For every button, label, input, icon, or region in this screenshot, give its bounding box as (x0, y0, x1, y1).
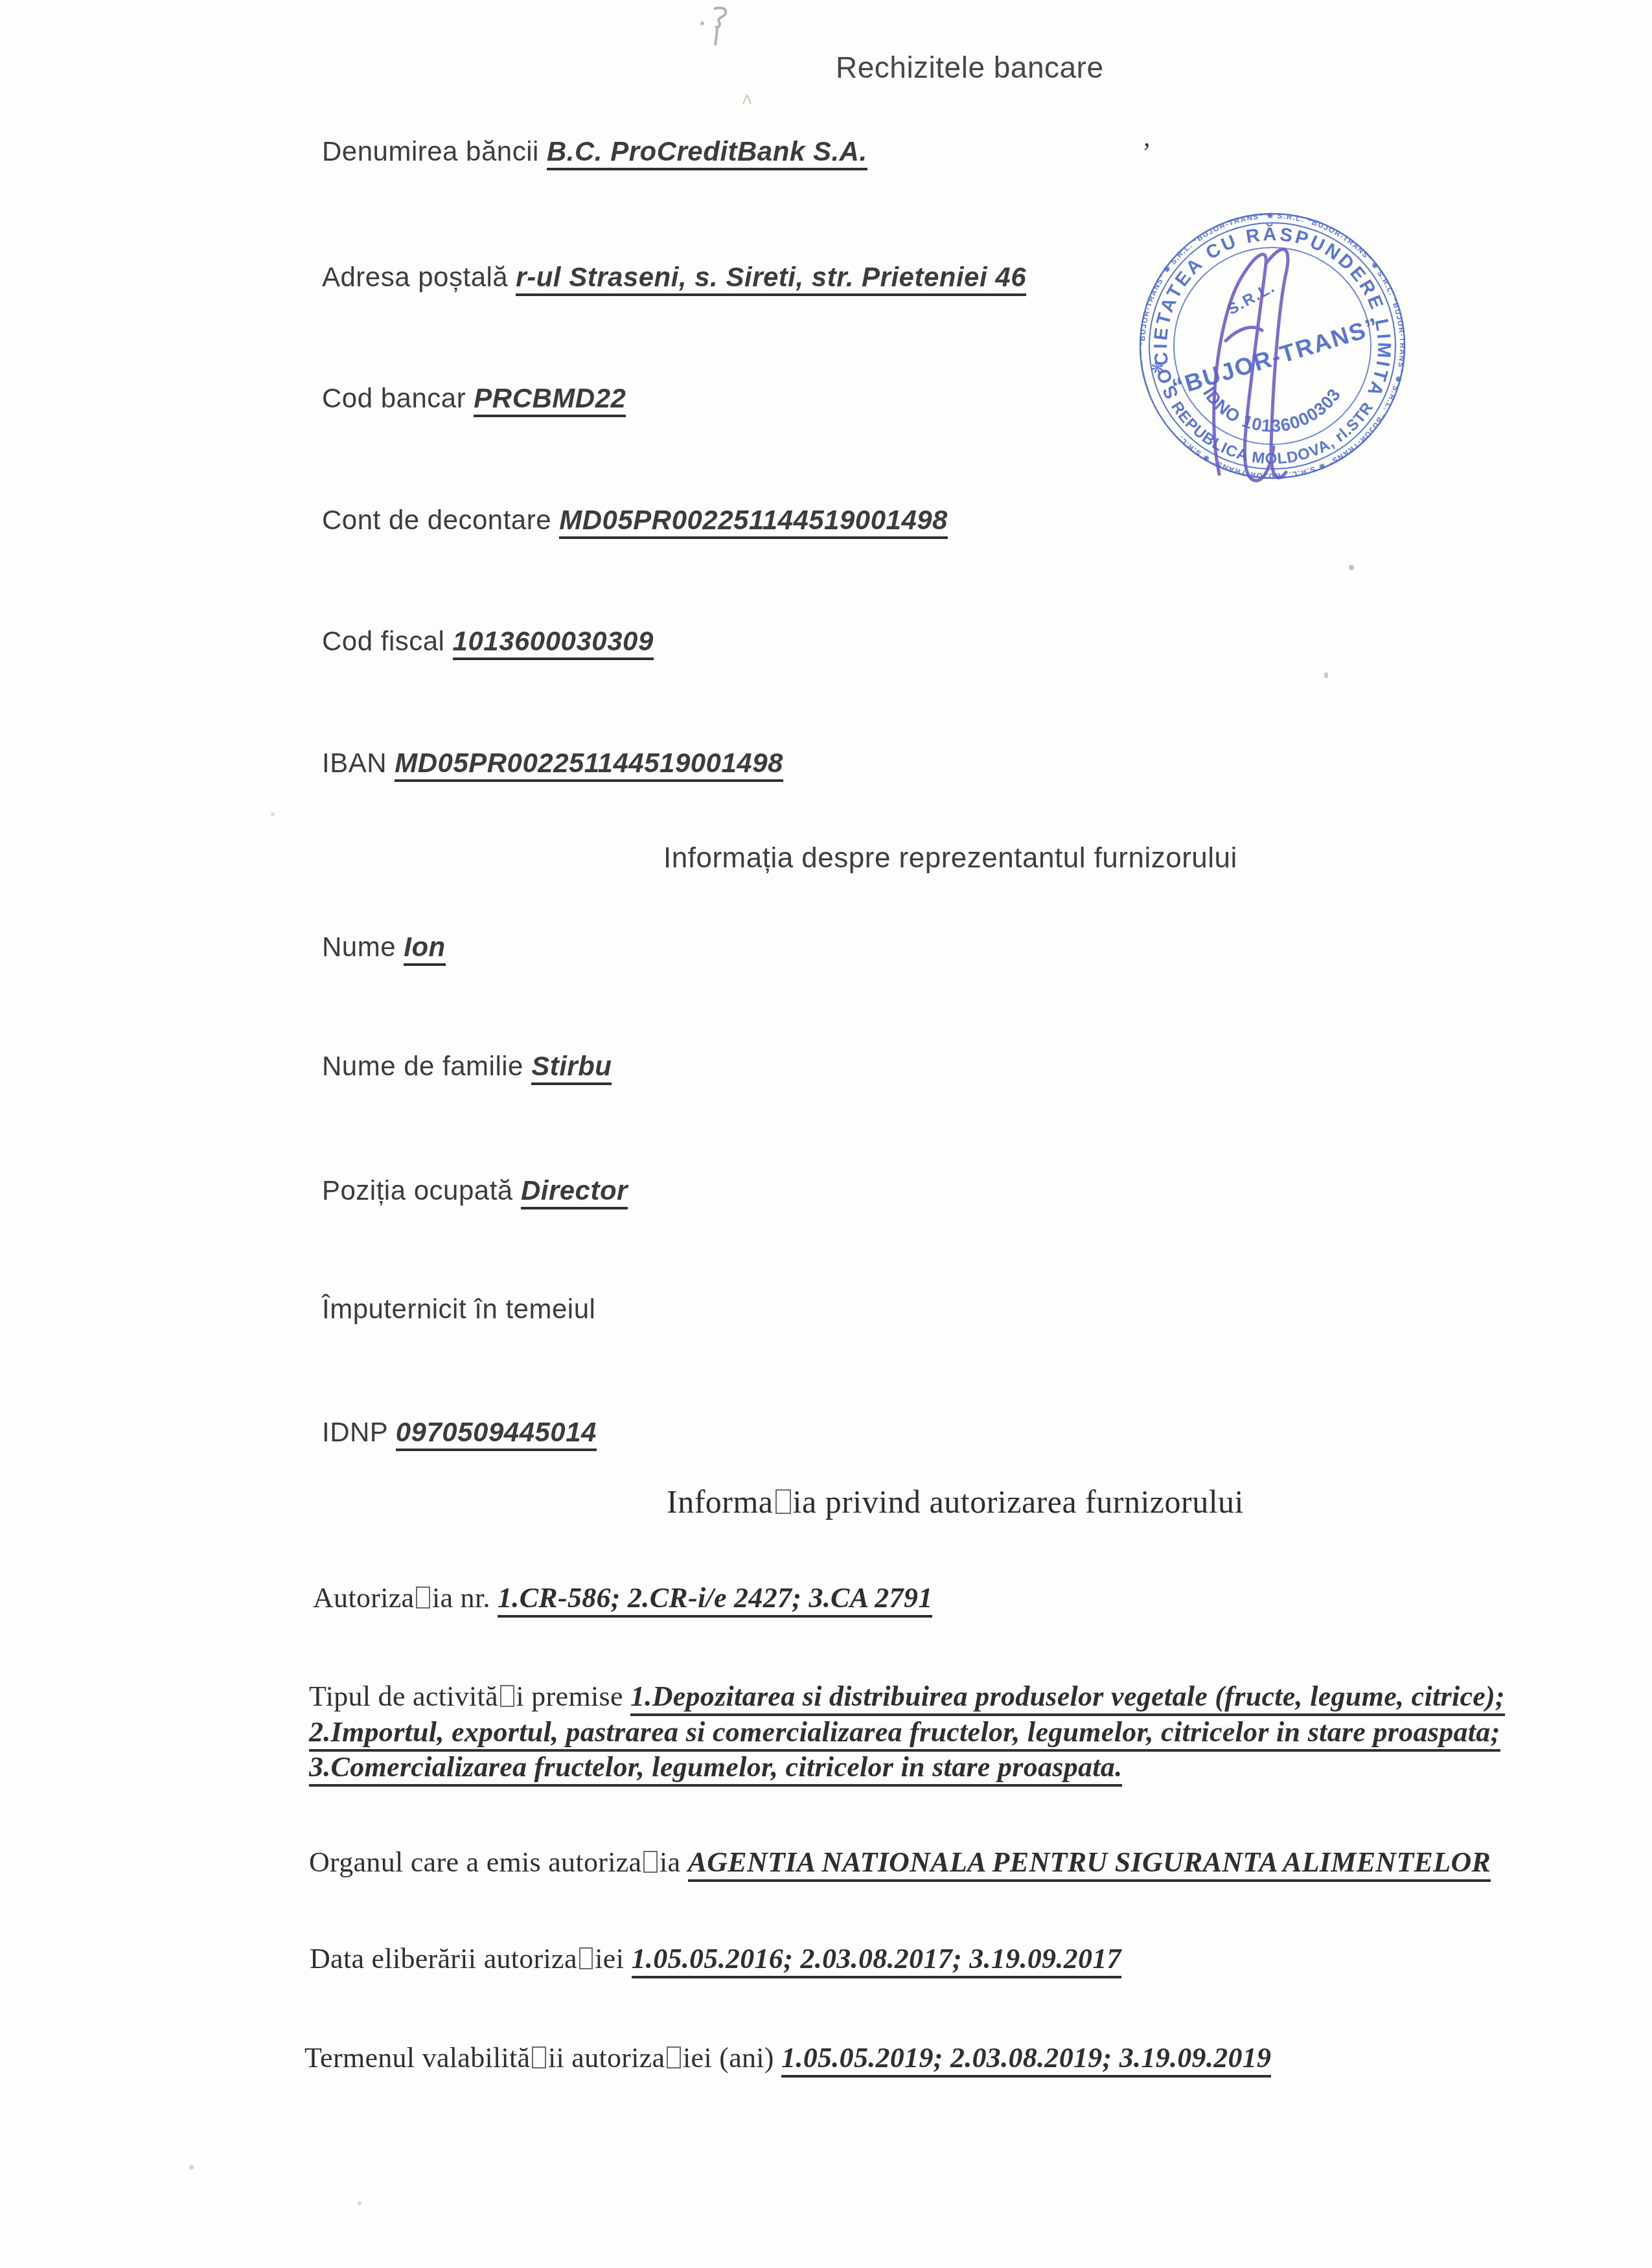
authorization-number-label: Autorizaia nr. (313, 1582, 490, 1614)
iban-label: IBAN (322, 748, 387, 778)
bank-address-label: Adresa poștală (322, 262, 508, 292)
bank-code-value: PRCBMD22 (474, 383, 626, 417)
scan-speck-dot (358, 2201, 361, 2205)
last-name-row: Nume de familie Stirbu (322, 1051, 612, 1082)
issue-date-value: 1.05.05.2016; 2.03.08.2017; 3.19.09.2017 (632, 1943, 1121, 1978)
validity-row: Termenul valabilităii autorizaiei (ani) … (304, 2042, 1271, 2075)
issue-date-row: Data eliberării autorizaiei 1.05.05.2016… (310, 1943, 1121, 1976)
company-stamp: “BUJOR-TRANS” ❋ S.R.L. “BUJOR-TRANS” ❋ S… (1129, 202, 1417, 507)
last-name-value: Stirbu (531, 1051, 612, 1085)
authorization-section-title: Informaia privind autorizarea furnizorul… (667, 1483, 1244, 1521)
missing-glyph-box (532, 2046, 546, 2068)
scan-speck-dot (1324, 672, 1328, 678)
bank-code-label: Cod bancar (322, 383, 466, 413)
scan-speck-caret: ^ (742, 91, 751, 113)
issue-date-label: Data eliberării autorizaiei (310, 1943, 624, 1975)
position-row: Poziția ocupată Director (322, 1175, 628, 1206)
activity-types-row: Tipul de activităi premise 1.Depozitarea… (309, 1679, 1566, 1785)
bank-name-value: B.C. ProCreditBank S.A. (547, 136, 867, 170)
issuer-label: Organul care a emis autorizaia (309, 1846, 680, 1878)
scan-speck-dot (271, 812, 275, 816)
missing-glyph-box (643, 1851, 658, 1873)
missing-glyph-box (775, 1489, 791, 1514)
idnp-value: 0970509445014 (396, 1417, 597, 1451)
position-value: Director (521, 1175, 628, 1209)
bank-name-label: Denumirea băncii (322, 136, 539, 166)
bank-name-row: Denumirea băncii B.C. ProCreditBank S.A. (322, 136, 867, 167)
missing-glyph-box (667, 2046, 681, 2068)
first-name-value: Ion (404, 932, 445, 966)
bank-account-label: Cont de decontare (322, 505, 551, 535)
representative-section-title: Informația despre reprezentantul furnizo… (663, 842, 1237, 875)
bank-account-row: Cont de decontare MD05PR0022511445190014… (322, 505, 948, 536)
iban-row: IBAN MD05PR002251144519001498 (322, 748, 783, 779)
fiscal-code-row: Cod fiscal 1013600030309 (322, 626, 654, 657)
fiscal-code-value: 1013600030309 (453, 626, 654, 660)
bank-address-row: Adresa poștală r-ul Straseni, s. Sireti,… (322, 262, 1026, 293)
scanned-document-page: ’ ^ Rechizitele bancare Denumirea băncii… (0, 0, 1652, 2268)
scan-smudge-artifact (700, 4, 739, 49)
activity-types-label: Tipul de activităi premise (309, 1680, 623, 1712)
authorization-number-value: 1.CR-586; 2.CR-i/e 2427; 3.CA 2791 (498, 1582, 932, 1618)
first-name-label: Nume (322, 932, 396, 962)
position-label: Poziția ocupată (322, 1175, 513, 1206)
missing-glyph-box (579, 1947, 593, 1969)
bank-code-row: Cod bancar PRCBMD22 (322, 383, 626, 414)
validity-value: 1.05.05.2019; 2.03.08.2019; 3.19.09.2019 (781, 2042, 1271, 2078)
issuer-value: AGENTIA NATIONALA PENTRU SIGURANTA ALIME… (688, 1846, 1491, 1882)
authorization-number-row: Autorizaia nr. 1.CR-586; 2.CR-i/e 2427; … (313, 1582, 932, 1615)
missing-glyph-box (416, 1586, 430, 1609)
iban-value: MD05PR002251144519001498 (395, 748, 783, 782)
idnp-row: IDNP 0970509445014 (322, 1417, 597, 1448)
fiscal-code-label: Cod fiscal (322, 626, 444, 656)
idnp-label: IDNP (322, 1417, 388, 1447)
issuer-row: Organul care a emis autorizaia AGENTIA N… (309, 1846, 1491, 1879)
bank-address-value: r-ul Straseni, s. Sireti, str. Prietenie… (516, 262, 1026, 296)
scan-speck-apostrophe: ’ (1142, 137, 1151, 168)
empowered-label: Împuternicit în temeiul (322, 1294, 595, 1324)
bank-account-value: MD05PR002251144519001498 (559, 505, 948, 539)
scan-speck-dot (189, 2165, 194, 2170)
first-name-row: Nume Ion (322, 932, 446, 963)
page-title: Rechizitele bancare (836, 51, 1104, 85)
validity-label: Termenul valabilităii autorizaiei (ani) (304, 2042, 774, 2074)
empowered-row: Împuternicit în temeiul (322, 1294, 595, 1325)
missing-glyph-box (500, 1685, 514, 1707)
last-name-label: Nume de familie (322, 1051, 523, 1081)
scan-speck-dot (1349, 565, 1354, 570)
